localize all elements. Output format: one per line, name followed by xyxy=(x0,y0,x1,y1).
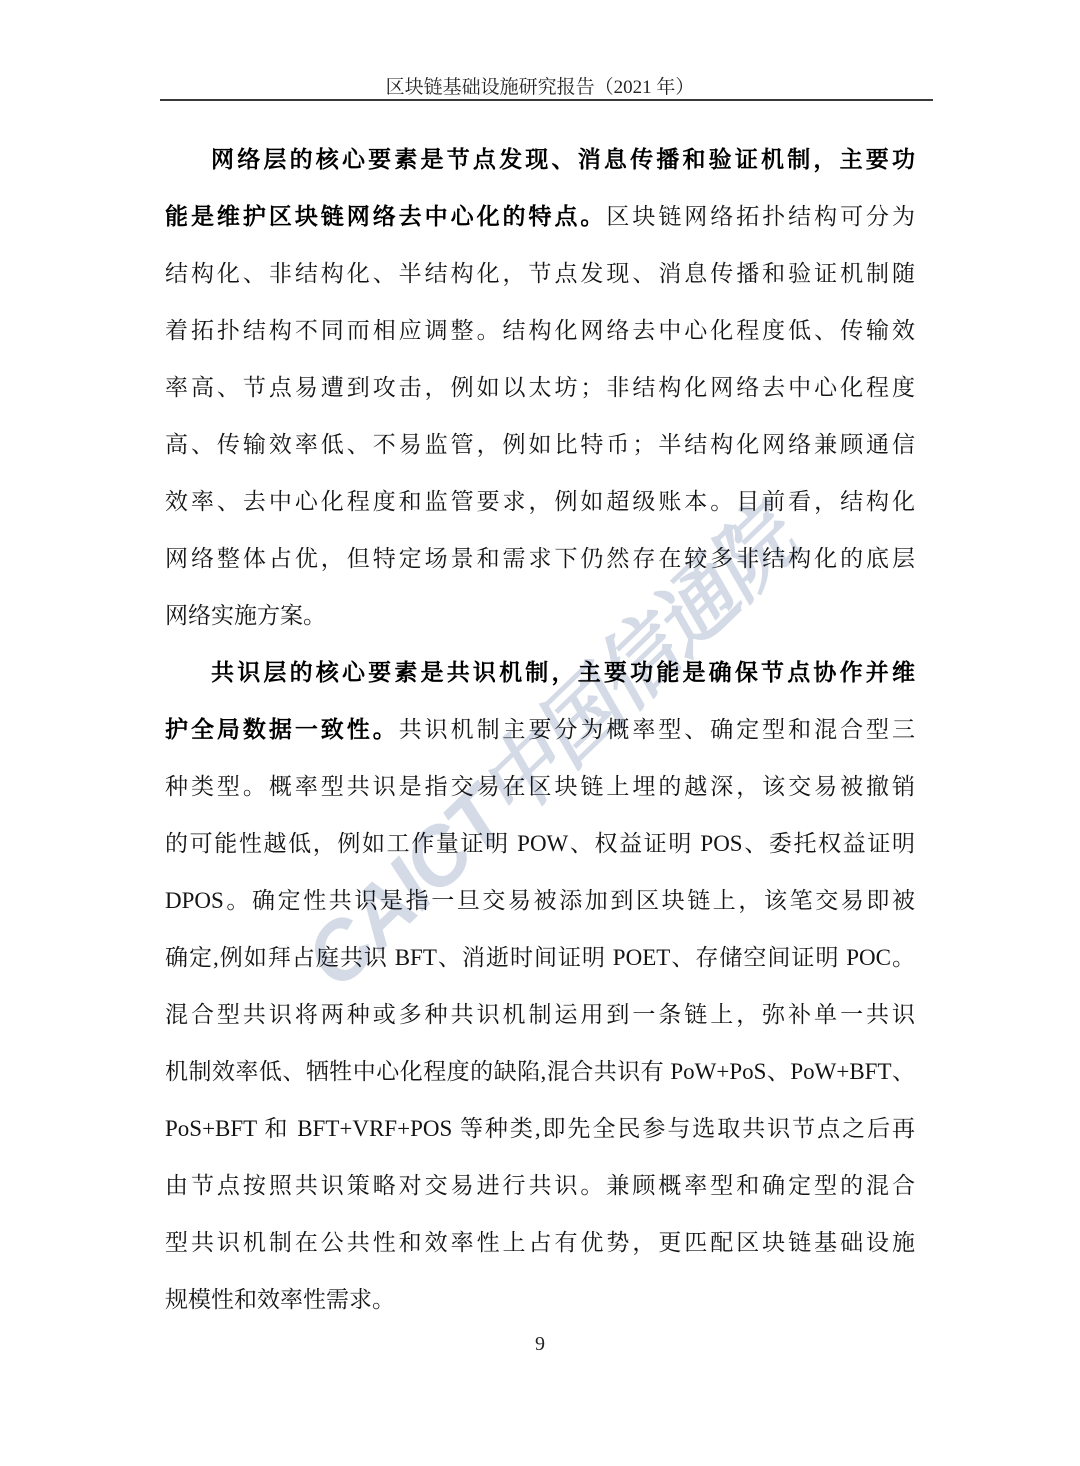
text-line: 型共识机制在公共性和效率性上占有优势，更匹配区块链基础设施 xyxy=(165,1214,915,1271)
text-segment: PoS+BFT 和 BFT+VRF+POS 等种类,即先全民参与选取共识节点之后… xyxy=(165,1116,915,1141)
bold-text-segment: 能是维护区块链网络去中心化的特点。 xyxy=(165,203,606,229)
header-rule xyxy=(160,99,933,101)
text-segment: 机制效率低、牺牲中心化程度的缺陷,混合共识有 PoW+PoS、PoW+BFT、 xyxy=(165,1059,915,1084)
text-line: 网络层的核心要素是节点发现、消息传播和验证机制，主要功 xyxy=(165,131,915,188)
body-text: 网络层的核心要素是节点发现、消息传播和验证机制，主要功能是维护区块链网络去中心化… xyxy=(165,131,915,1328)
page-number: 9 xyxy=(0,1333,1080,1356)
text-line: 高、传输效率低、不易监管，例如比特币；半结构化网络兼顾通信 xyxy=(165,416,915,473)
text-segment: 区块链网络拓扑结构可分为 xyxy=(606,204,915,229)
text-segment: 率高、节点易遭到攻击，例如以太坊；非结构化网络去中心化程度 xyxy=(165,375,915,400)
document-page: CAICT中国信通院 区块链基础设施研究报告（2021 年） 网络层的核心要素是… xyxy=(0,0,1080,1466)
text-line: 机制效率低、牺牲中心化程度的缺陷,混合共识有 PoW+PoS、PoW+BFT、 xyxy=(165,1043,915,1100)
text-line: 效率、去中心化程度和监管要求，例如超级账本。目前看，结构化 xyxy=(165,473,915,530)
text-segment: DPOS。确定性共识是指一旦交易被添加到区块链上，该笔交易即被 xyxy=(165,888,915,913)
text-line: 共识层的核心要素是共识机制，主要功能是确保节点协作并维 xyxy=(165,644,915,701)
text-line: 种类型。概率型共识是指交易在区块链上埋的越深，该交易被撤销 xyxy=(165,758,915,815)
text-line: DPOS。确定性共识是指一旦交易被添加到区块链上，该笔交易即被 xyxy=(165,872,915,929)
text-segment: 高、传输效率低、不易监管，例如比特币；半结构化网络兼顾通信 xyxy=(165,432,915,457)
text-line: 混合型共识将两种或多种共识机制运用到一条链上，弥补单一共识 xyxy=(165,986,915,1043)
text-line: 结构化、非结构化、半结构化，节点发现、消息传播和验证机制随 xyxy=(165,245,915,302)
text-segment: 着拓扑结构不同而相应调整。结构化网络去中心化程度低、传输效 xyxy=(165,318,915,343)
bold-text-segment: 网络层的核心要素是节点发现、消息传播和验证机制，主要功 xyxy=(211,146,915,172)
text-segment: 结构化、非结构化、半结构化，节点发现、消息传播和验证机制随 xyxy=(165,261,915,286)
text-segment: 确定,例如拜占庭共识 BFT、消逝时间证明 POET、存储空间证明 POC。 xyxy=(165,945,915,970)
text-segment: 种类型。概率型共识是指交易在区块链上埋的越深，该交易被撤销 xyxy=(165,774,915,799)
text-segment: 共识机制主要分为概率型、确定型和混合型三 xyxy=(399,717,915,742)
bold-text-segment: 护全局数据一致性。 xyxy=(165,716,399,742)
text-line: 确定,例如拜占庭共识 BFT、消逝时间证明 POET、存储空间证明 POC。 xyxy=(165,929,915,986)
text-line: 的可能性越低，例如工作量证明 POW、权益证明 POS、委托权益证明 xyxy=(165,815,915,872)
text-segment: 网络整体占优，但特定场景和需求下仍然存在较多非结构化的底层 xyxy=(165,546,915,571)
text-line: 能是维护区块链网络去中心化的特点。区块链网络拓扑结构可分为 xyxy=(165,188,915,245)
text-line: 护全局数据一致性。共识机制主要分为概率型、确定型和混合型三 xyxy=(165,701,915,758)
text-segment: 规模性和效率性需求。 xyxy=(165,1287,395,1312)
text-line: 规模性和效率性需求。 xyxy=(165,1271,915,1328)
text-line: 率高、节点易遭到攻击，例如以太坊；非结构化网络去中心化程度 xyxy=(165,359,915,416)
text-segment: 型共识机制在公共性和效率性上占有优势，更匹配区块链基础设施 xyxy=(165,1230,915,1255)
header-title: 区块链基础设施研究报告（2021 年） xyxy=(0,72,1080,99)
text-line: 网络整体占优，但特定场景和需求下仍然存在较多非结构化的底层 xyxy=(165,530,915,587)
text-segment: 网络实施方案。 xyxy=(165,603,326,628)
text-line: 由节点按照共识策略对交易进行共识。兼顾概率型和确定型的混合 xyxy=(165,1157,915,1214)
text-line: 网络实施方案。 xyxy=(165,587,915,644)
text-segment: 效率、去中心化程度和监管要求，例如超级账本。目前看，结构化 xyxy=(165,489,915,514)
text-segment: 由节点按照共识策略对交易进行共识。兼顾概率型和确定型的混合 xyxy=(165,1173,915,1198)
text-segment: 混合型共识将两种或多种共识机制运用到一条链上，弥补单一共识 xyxy=(165,1002,915,1027)
text-line: PoS+BFT 和 BFT+VRF+POS 等种类,即先全民参与选取共识节点之后… xyxy=(165,1100,915,1157)
bold-text-segment: 共识层的核心要素是共识机制，主要功能是确保节点协作并维 xyxy=(211,659,915,685)
text-line: 着拓扑结构不同而相应调整。结构化网络去中心化程度低、传输效 xyxy=(165,302,915,359)
text-segment: 的可能性越低，例如工作量证明 POW、权益证明 POS、委托权益证明 xyxy=(165,831,915,856)
